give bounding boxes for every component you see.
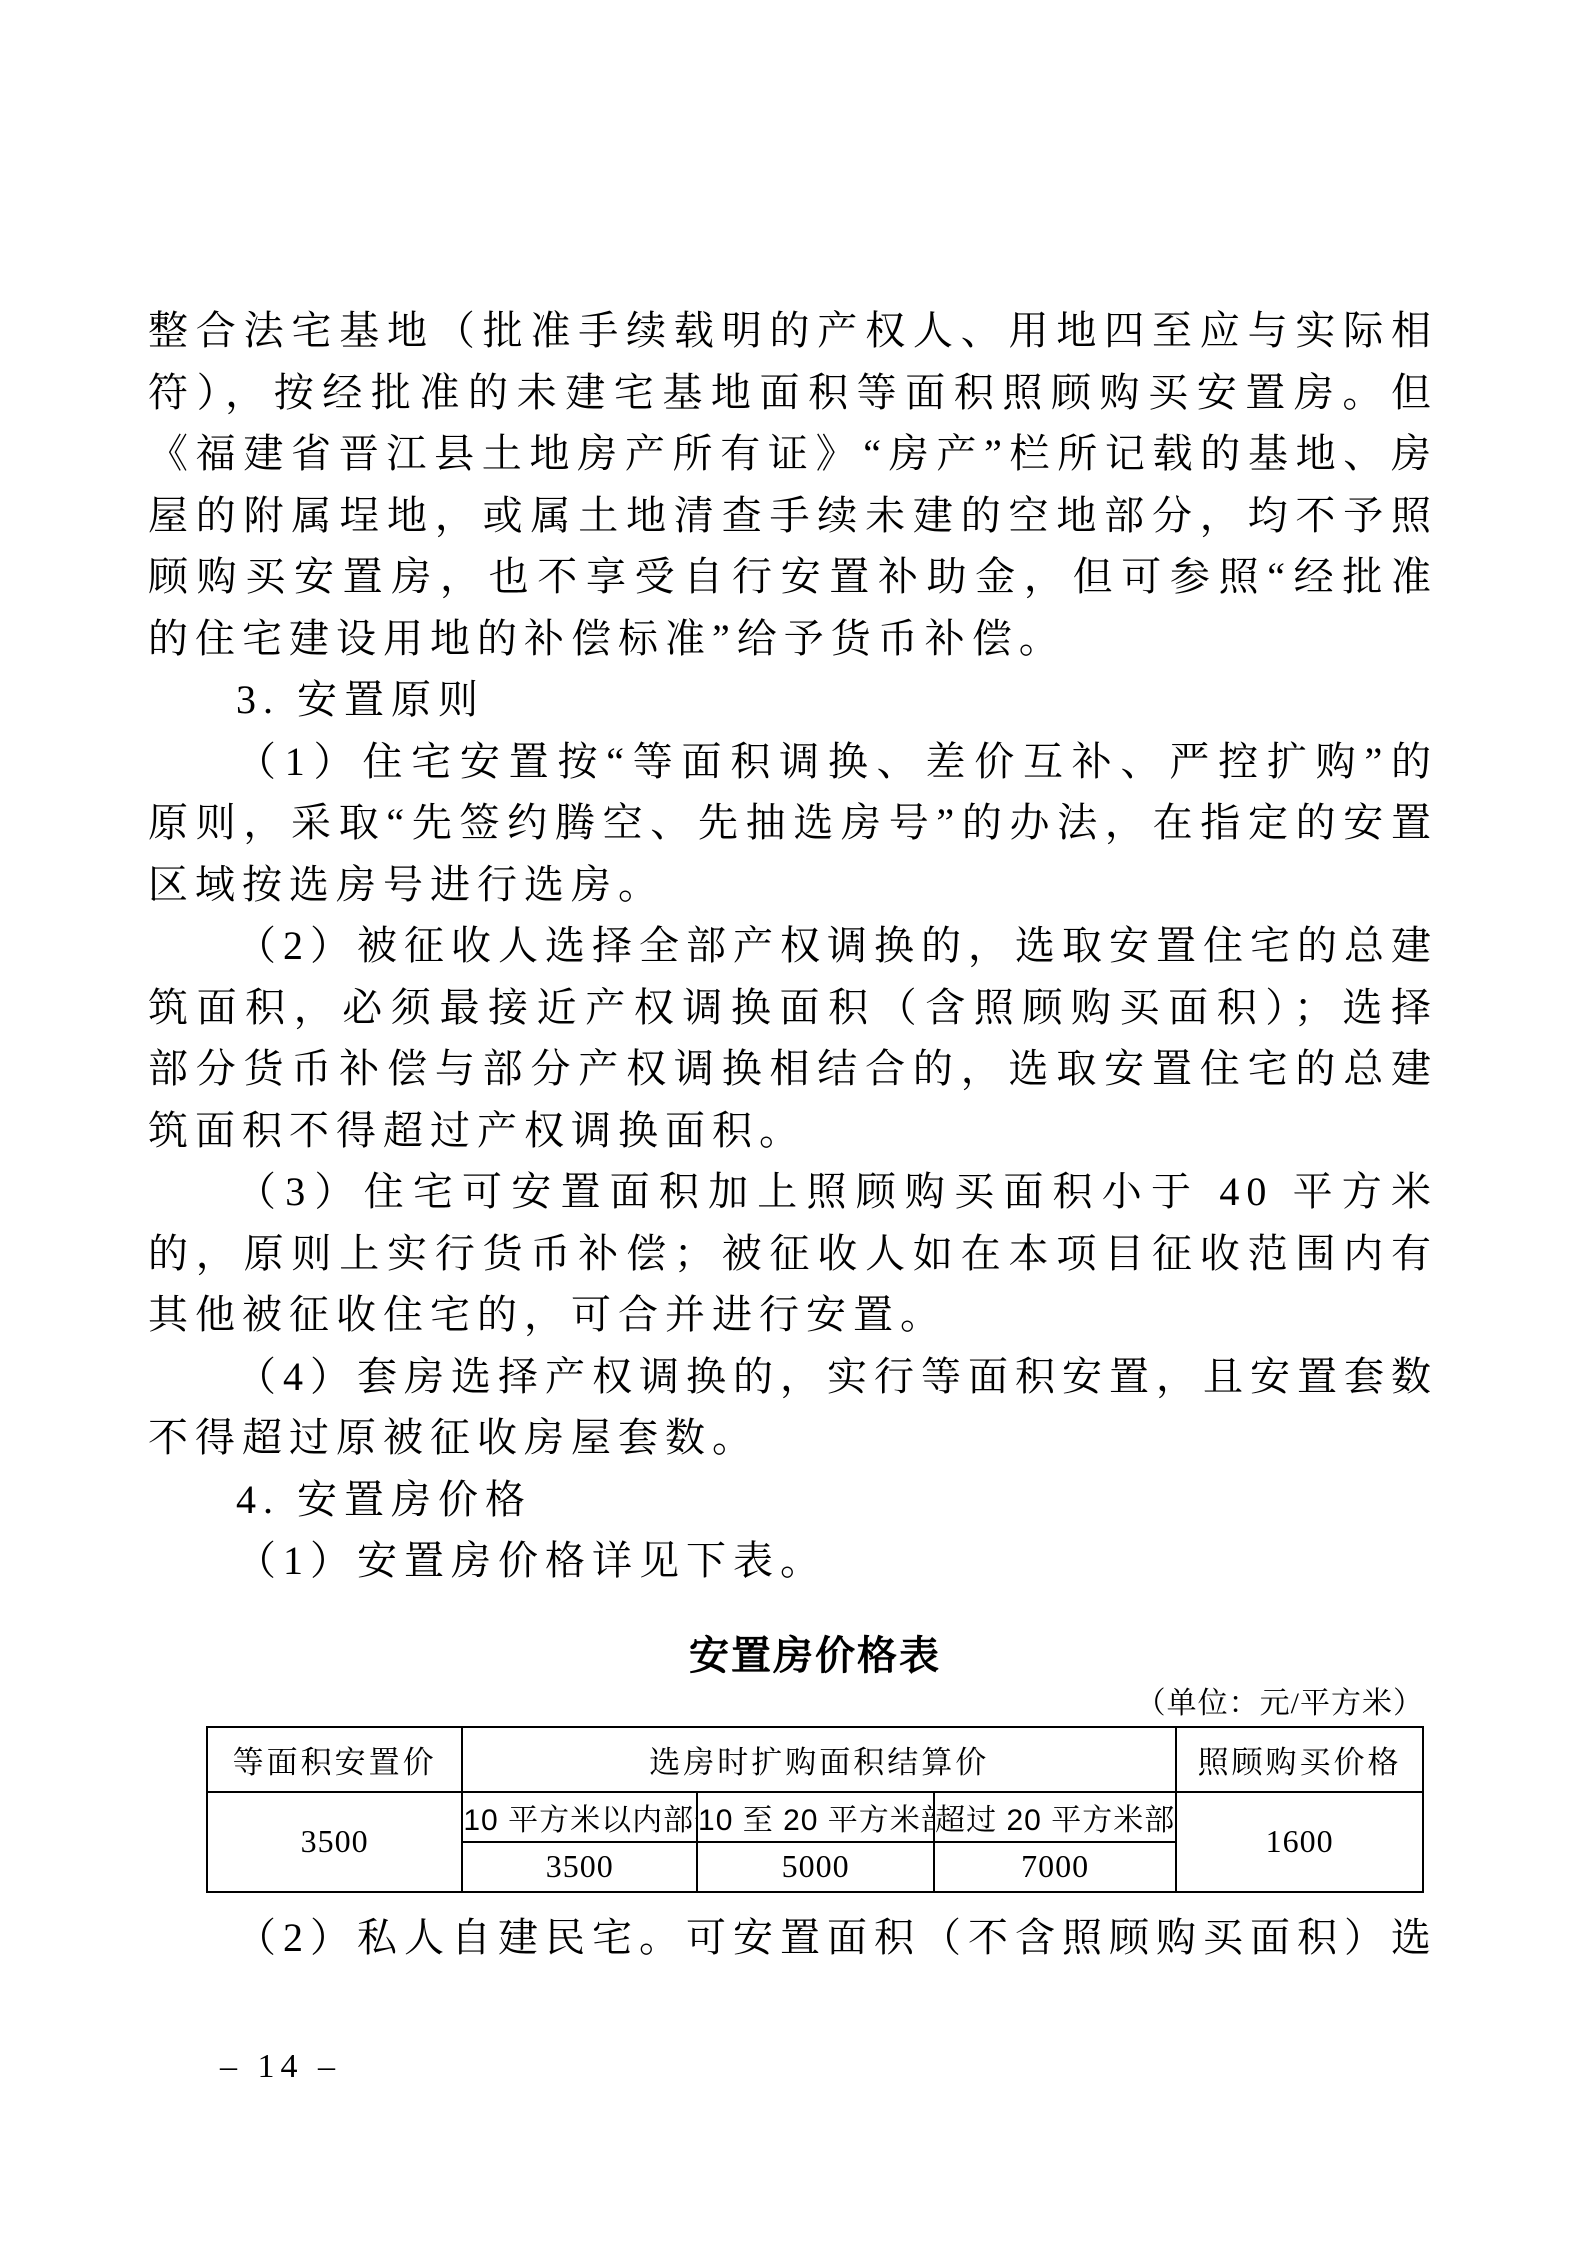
section-heading-3: 3. 安置原则 (148, 669, 1438, 731)
unit-note: （单位：元/平方米） (206, 1684, 1424, 1724)
table-cell: 3500 (207, 1792, 462, 1892)
table-title: 安置房价格表 (206, 1630, 1424, 1682)
body-paragraph: （2）被征收人选择全部产权调换的，选取安置住宅的总建筑面积，必须最接近产权调换面… (148, 915, 1438, 1161)
table-cell: 7000 (934, 1842, 1176, 1892)
table-header-cell: 等面积安置价 (207, 1727, 462, 1792)
table-header-cell: 照顾购买价格 (1176, 1727, 1423, 1792)
page-number: – 14 – (220, 2048, 341, 2086)
body-paragraph: （4）套房选择产权调换的，实行等面积安置，且安置套数不得超过原被征收房屋套数。 (148, 1346, 1438, 1469)
body-paragraph: （3）住宅可安置面积加上照顾购买面积小于 40 平方米的，原则上实行货币补偿；被… (148, 1161, 1438, 1346)
body-paragraph: （1）住宅安置按“等面积调换、差价互补、严控扩购”的原则，采取“先签约腾空、先抽… (148, 731, 1438, 916)
price-table: 等面积安置价 选房时扩购面积结算价 照顾购买价格 3500 10 平方米以内部分… (206, 1726, 1424, 1893)
document-page: 整合法宅基地（批准手续载明的产权人、用地四至应与实际相符），按经批准的未建宅基地… (0, 0, 1587, 2245)
body-paragraph: （2）私人自建民宅。可安置面积（不含照顾购买面积）选 (148, 1907, 1438, 1969)
table-cell: 3500 (462, 1842, 697, 1892)
table-subheader-cell: 10 平方米以内部分 (462, 1792, 697, 1842)
table-cell: 1600 (1176, 1792, 1423, 1892)
table-cell: 5000 (697, 1842, 934, 1892)
body-paragraph: （1）安置房价格详见下表。 (148, 1530, 1438, 1592)
table-subheader-cell: 超过 20 平方米部分 (934, 1792, 1176, 1842)
table-subheader-row: 3500 10 平方米以内部分 10 至 20 平方米部分 超过 20 平方米部… (207, 1792, 1423, 1842)
table-header-cell: 选房时扩购面积结算价 (462, 1727, 1176, 1792)
table-subheader-cell: 10 至 20 平方米部分 (697, 1792, 934, 1842)
body-paragraph: 整合法宅基地（批准手续载明的产权人、用地四至应与实际相符），按经批准的未建宅基地… (148, 300, 1438, 669)
document-body: 整合法宅基地（批准手续载明的产权人、用地四至应与实际相符），按经批准的未建宅基地… (148, 300, 1438, 1968)
section-heading-4: 4. 安置房价格 (148, 1469, 1438, 1531)
table-header-row: 等面积安置价 选房时扩购面积结算价 照顾购买价格 (207, 1727, 1423, 1792)
price-table-block: 安置房价格表 （单位：元/平方米） 等面积安置价 选房时扩购面积结算价 照顾购买… (206, 1630, 1424, 1893)
